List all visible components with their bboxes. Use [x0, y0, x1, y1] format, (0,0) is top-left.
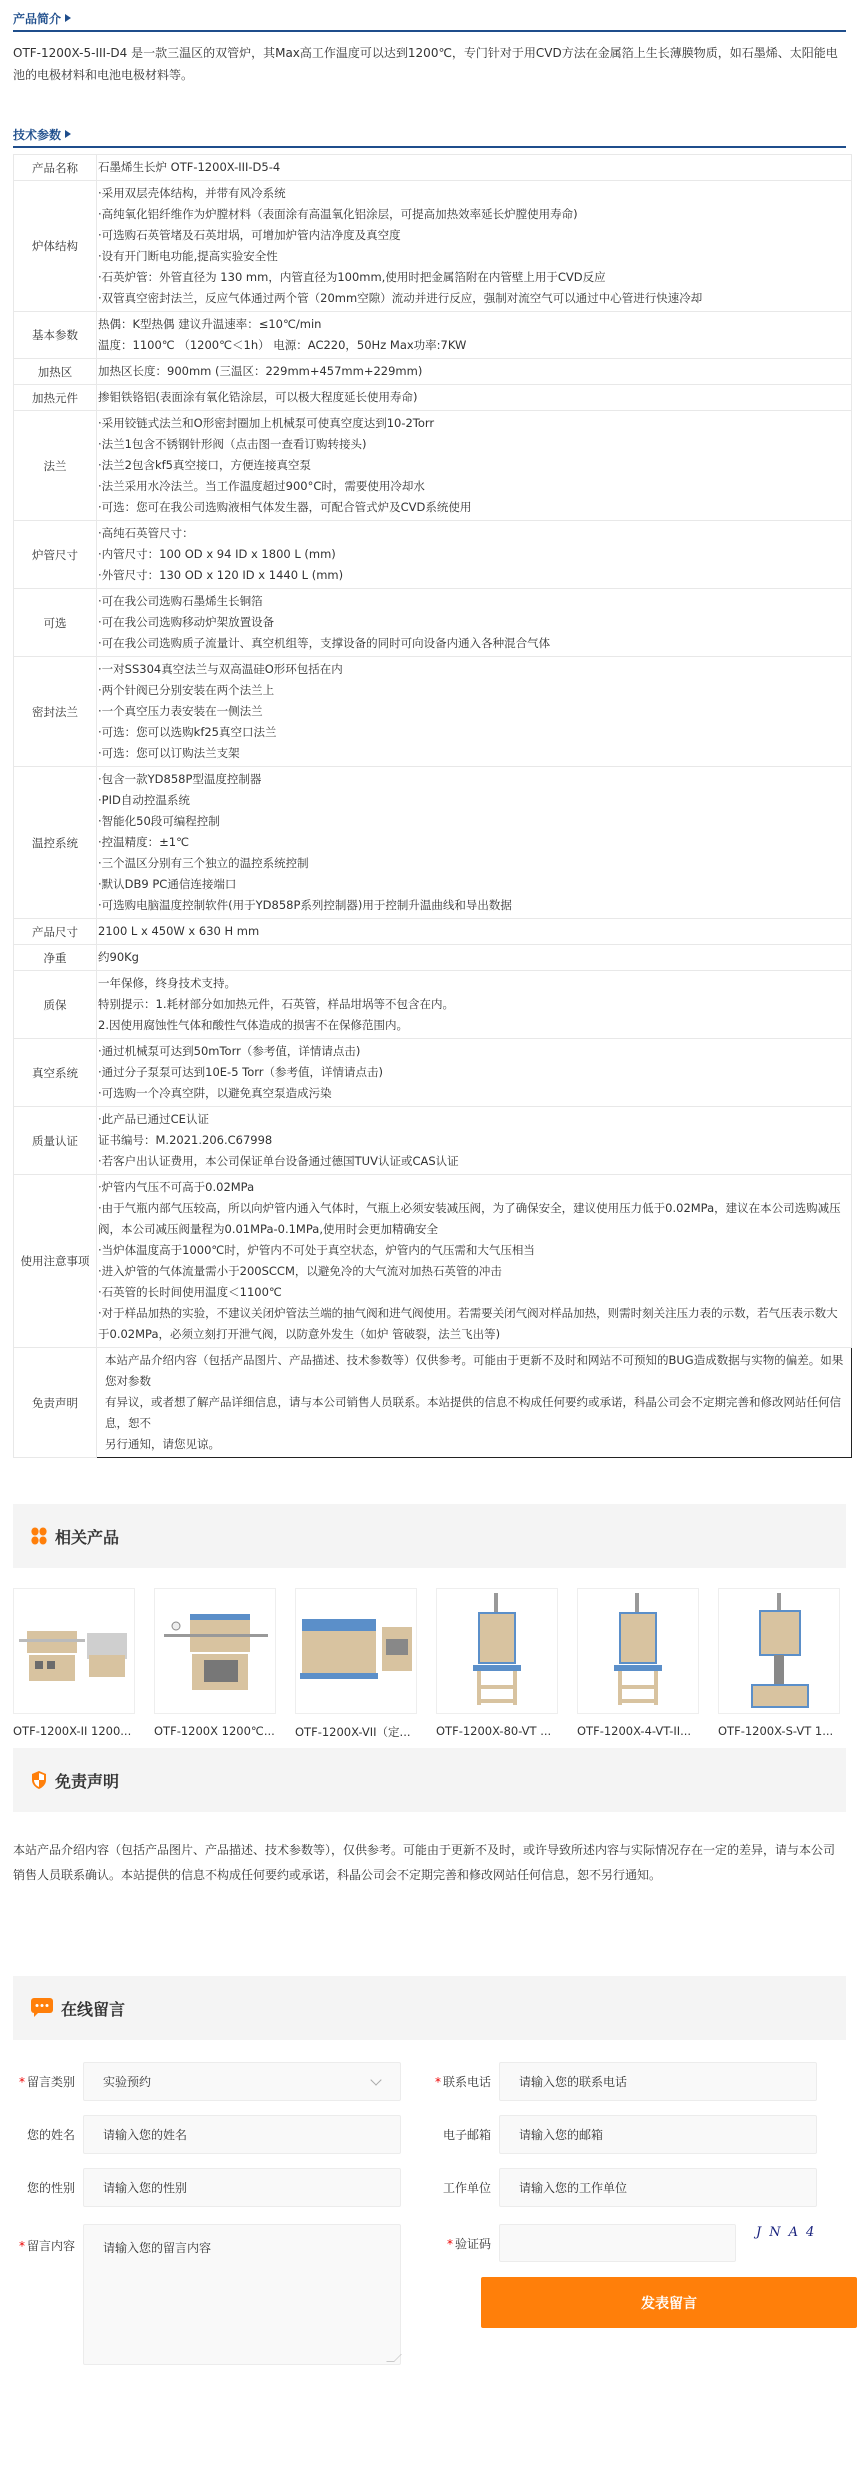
related-products-heading: 相关产品: [55, 1525, 119, 1548]
spec-line: ·一个真空压力表安装在一侧法兰: [98, 701, 847, 722]
spec-key: 加热元件: [14, 385, 97, 411]
message-header: 在线留言: [13, 1976, 846, 2040]
company-placeholder: 请输入您的工作单位: [519, 2179, 627, 2196]
spec-line: ·高纯石英管尺寸：: [98, 523, 847, 544]
spec-line: ·内管尺寸：100 OD x 94 ID x 1800 L (mm): [98, 544, 847, 565]
spec-line: ·控温精度：±1℃: [98, 832, 847, 853]
disclaimer-heading: 免责声明: [55, 1769, 119, 1792]
spec-line: ·对于样品加热的实验，不建议关闭炉管法兰端的抽气阀和进气阀使用。若需要关闭气阀对…: [98, 1303, 847, 1345]
spec-row: 质保一年保修，终身技术支持。特别提示：1.耗材部分如加热元件，石英管，样品坩埚等…: [14, 971, 852, 1039]
product-caption[interactable]: OTF-1200X-VII（定...: [295, 1724, 425, 1740]
spec-line: ·双管真空密封法兰，反应气体通过两个管（20mm空隙）流动并进行反应，强制对流空…: [98, 288, 847, 309]
spec-line: ·进入炉管的气体流量需小于200SCCM，以避免冷的大气流对加热石英管的冲击: [98, 1261, 847, 1282]
product-thumbnail[interactable]: [13, 1588, 135, 1714]
spec-line: ·法兰1包含不锈钢针形阀（点击图一查看订购转接头): [98, 434, 847, 455]
related-product-card[interactable]: OTF-1200X-4-VT-II...: [577, 1588, 718, 1748]
spec-key: 加热区: [14, 359, 97, 385]
spec-line: ·采用铰链式法兰和O形密封圈加上机械泵可使真空度达到10-2Torr: [98, 413, 847, 434]
phone-placeholder: 请输入您的联系电话: [519, 2073, 627, 2090]
spec-value: ·通过机械泵可达到50mTorr（参考值，详情请点击)·通过分子泵泵可达到10E…: [97, 1039, 852, 1107]
spec-value: 热偶：K型热偶 建议升温速率：≤10℃/min温度：1100℃ （1200℃＜1…: [97, 312, 852, 359]
spec-row: 产品尺寸2100 L x 450W x 630 H mm: [14, 919, 852, 945]
spec-line: 热偶：K型热偶 建议升温速率：≤10℃/min: [98, 314, 847, 335]
chevron-down-icon: [370, 2074, 381, 2085]
spec-row: 炉体结构·采用双层壳体结构，并带有风冷系统·高纯氧化铝纤维作为炉膛材料（表面涂有…: [14, 181, 852, 312]
company-input[interactable]: 请输入您的工作单位: [499, 2168, 817, 2207]
spec-row: 产品名称石墨烯生长炉 OTF-1200X-III-D5-4: [14, 155, 852, 181]
disclaimer-text: 本站产品介绍内容（包括产品图片、产品描述、技术参数等），仅供参考。可能由于更新不…: [13, 1812, 846, 1976]
spec-key: 炉体结构: [14, 181, 97, 312]
spec-row: 法兰·采用铰链式法兰和O形密封圈加上机械泵可使真空度达到10-2Torr·法兰1…: [14, 411, 852, 521]
spec-key: 基本参数: [14, 312, 97, 359]
spec-line: 证书编号：M.2021.206.C67998: [98, 1130, 847, 1151]
spec-line: ·PID自动控温系统: [98, 790, 847, 811]
product-thumbnail[interactable]: [154, 1588, 276, 1714]
spec-line: ·法兰采用水冷法兰。当工作温度超过900°C时，需要使用冷却水: [98, 476, 847, 497]
spec-key: 产品尺寸: [14, 919, 97, 945]
gender-row: 您的性别 请输入您的性别: [13, 2168, 401, 2207]
spec-line: ·一对SS304真空法兰与双高温硅O形环包括在内: [98, 659, 847, 680]
spec-line: ·智能化50段可编程控制: [98, 811, 847, 832]
related-products-list: OTF-1200X-II 1200... OTF-1200X 1200℃... …: [13, 1588, 846, 1748]
spec-key: 可选: [14, 589, 97, 657]
spec-line: 2100 L x 450W x 630 H mm: [98, 921, 847, 942]
spec-value: ·炉管内气压不可高于0.02MPa·由于气瓶内部气压较高，所以向炉管内通入气体时…: [97, 1175, 852, 1348]
spec-line: ·此产品已通过CE认证: [98, 1109, 847, 1130]
spec-line: 有异议，或者想了解产品详细信息，请与本公司销售人员联系。本站提供的信息不构成任何…: [105, 1392, 847, 1434]
spec-line: 温度：1100℃ （1200℃＜1h） 电源：AC220，50Hz Max功率:…: [98, 335, 847, 356]
spec-value: 加热区长度：900mm (三温区：229mm+457mm+229mm): [97, 359, 852, 385]
email-row: 电子邮箱 请输入您的邮箱: [429, 2115, 817, 2154]
product-caption[interactable]: OTF-1200X-S-VT 1...: [718, 1724, 848, 1738]
spec-line: 加热区长度：900mm (三温区：229mm+457mm+229mm): [98, 361, 847, 382]
spec-line: ·石英管的长时间使用温度＜1100℃: [98, 1282, 847, 1303]
spec-line: 石墨烯生长炉 OTF-1200X-III-D5-4: [98, 157, 847, 178]
spec-line: 约90Kg: [98, 947, 847, 968]
spec-row: 免责声明本站产品介绍内容（包括产品图片、产品描述、技术参数等）仅供参考。可能由于…: [14, 1348, 852, 1458]
spec-row: 基本参数热偶：K型热偶 建议升温速率：≤10℃/min温度：1100℃ （120…: [14, 312, 852, 359]
spec-line: ·法兰2包含kf5真空接口，方便连接真空泵: [98, 455, 847, 476]
related-product-card[interactable]: OTF-1200X-S-VT 1...: [718, 1588, 859, 1748]
spec-value: ·可在我公司选购石墨烯生长铜箔·可在我公司选购移动炉架放置设备·可在我公司选购质…: [97, 589, 852, 657]
content-label: *留言内容: [13, 2237, 75, 2254]
spec-line: 2.因使用腐蚀性气体和酸性气体造成的损害不在保修范围内。: [98, 1015, 847, 1036]
gender-input[interactable]: 请输入您的性别: [83, 2168, 401, 2207]
captcha-image[interactable]: JNA4: [756, 2225, 822, 2240]
intro-section-header: 产品简介: [13, 0, 846, 32]
category-select[interactable]: 实验预约: [83, 2062, 401, 2101]
spec-value: 掺钼铁铬铝(表面涂有氧化锆涂层，可以极大程度延长使用寿命): [97, 385, 852, 411]
resize-handle-icon[interactable]: [386, 2354, 402, 2362]
related-products-header: 相关产品: [13, 1504, 846, 1568]
clover-icon: [31, 1527, 47, 1545]
spec-value: ·采用双层壳体结构，并带有风冷系统·高纯氧化铝纤维作为炉膛材料（表面涂有高温氧化…: [97, 181, 852, 312]
spec-value: 2100 L x 450W x 630 H mm: [97, 919, 852, 945]
spec-key: 质保: [14, 971, 97, 1039]
related-product-card[interactable]: OTF-1200X-VII（定...: [295, 1588, 436, 1748]
spec-line: ·当炉体温度高于1000℃时，炉管内不可处于真空状态，炉管内的气压需和大气压相当: [98, 1240, 847, 1261]
spec-line: ·高纯氧化铝纤维作为炉膛材料（表面涂有高温氧化铝涂层，可提高加热效率延长炉膛使用…: [98, 204, 847, 225]
product-caption[interactable]: OTF-1200X-4-VT-II...: [577, 1724, 707, 1738]
spec-value: ·一对SS304真空法兰与双高温硅O形环包括在内·两个针阀已分别安装在两个法兰上…: [97, 657, 852, 767]
spec-line: ·通过分子泵泵可达到10E-5 Torr（参考值，详情请点击): [98, 1062, 847, 1083]
spec-value: ·采用铰链式法兰和O形密封圈加上机械泵可使真空度达到10-2Torr·法兰1包含…: [97, 411, 852, 521]
submit-message-button[interactable]: 发表留言: [481, 2277, 857, 2328]
spec-line: ·可选购一个冷真空阱，以避免真空泵造成污染: [98, 1083, 847, 1104]
name-placeholder: 请输入您的姓名: [103, 2126, 187, 2143]
product-thumbnail[interactable]: [577, 1588, 699, 1714]
spec-line: ·通过机械泵可达到50mTorr（参考值，详情请点击): [98, 1041, 847, 1062]
spec-line: ·采用双层壳体结构，并带有风冷系统: [98, 183, 847, 204]
triangle-right-icon: [65, 14, 71, 22]
spec-line: ·设有开门断电功能,提高实验安全性: [98, 246, 847, 267]
spec-row: 密封法兰·一对SS304真空法兰与双高温硅O形环包括在内·两个针阀已分别安装在两…: [14, 657, 852, 767]
spec-line: ·可在我公司选购石墨烯生长铜箔: [98, 591, 847, 612]
product-thumbnail[interactable]: [718, 1588, 840, 1714]
spec-row: 温控系统·包含一款YD858P型温度控制器·PID自动控温系统·智能化50段可编…: [14, 767, 852, 919]
specs-table: 产品名称石墨烯生长炉 OTF-1200X-III-D5-4炉体结构·采用双层壳体…: [13, 154, 852, 1458]
spec-line: ·可在我公司选购质子流量计、真空机组等，支撑设备的同时可向设备内通入各种混合气体: [98, 633, 847, 654]
phone-row: *联系电话 请输入您的联系电话: [429, 2062, 817, 2101]
spec-value: ·包含一款YD858P型温度控制器·PID自动控温系统·智能化50段可编程控制·…: [97, 767, 852, 919]
spec-line: ·两个针阀已分别安装在两个法兰上: [98, 680, 847, 701]
phone-label: *联系电话: [429, 2073, 491, 2090]
spec-line: 特别提示：1.耗材部分如加热元件，石英管，样品坩埚等不包含在内。: [98, 994, 847, 1015]
spec-value: 一年保修，终身技术支持。特别提示：1.耗材部分如加热元件，石英管，样品坩埚等不包…: [97, 971, 852, 1039]
category-value: 实验预约: [103, 2073, 151, 2090]
spec-line: ·包含一款YD858P型温度控制器: [98, 769, 847, 790]
email-input[interactable]: 请输入您的邮箱: [499, 2115, 817, 2154]
spec-line: ·可选购石英管堵及石英坩埚，可增加炉管内洁净度及真空度: [98, 225, 847, 246]
company-label: 工作单位: [429, 2179, 491, 2196]
spec-row: 可选·可在我公司选购石墨烯生长铜箔·可在我公司选购移动炉架放置设备·可在我公司选…: [14, 589, 852, 657]
content-textarea[interactable]: 请输入您的留言内容: [83, 2224, 401, 2365]
spec-line: ·可选：您可在我公司选购液相气体发生器，可配合管式炉及CVD系统使用: [98, 497, 847, 518]
product-caption[interactable]: OTF-1200X-80-VT ...: [436, 1724, 566, 1738]
spec-value: 石墨烯生长炉 OTF-1200X-III-D5-4: [97, 155, 852, 181]
spec-key: 法兰: [14, 411, 97, 521]
captcha-row: *验证码 JNA4: [429, 2224, 822, 2262]
spec-key: 免责声明: [14, 1348, 97, 1458]
product-caption[interactable]: OTF-1200X 1200℃...: [154, 1724, 284, 1738]
spec-line: 掺钼铁铬铝(表面涂有氧化锆涂层，可以极大程度延长使用寿命): [98, 387, 847, 408]
related-product-card[interactable]: OTF-1200X 1200℃...: [154, 1588, 295, 1748]
spec-line: 一年保修，终身技术支持。: [98, 973, 847, 994]
gender-label: 您的性别: [13, 2179, 75, 2196]
spec-line: 本站产品介绍内容（包括产品图片、产品描述、技术参数等）仅供参考。可能由于更新不及…: [105, 1350, 847, 1392]
content-placeholder: 请输入您的留言内容: [103, 2239, 211, 2256]
spec-key: 真空系统: [14, 1039, 97, 1107]
spec-row: 炉管尺寸·高纯石英管尺寸：·内管尺寸：100 OD x 94 ID x 1800…: [14, 521, 852, 589]
spec-value: 约90Kg: [97, 945, 852, 971]
gender-placeholder: 请输入您的性别: [103, 2179, 187, 2196]
spec-line: ·可选：您可以选购kf25真空口法兰: [98, 722, 847, 743]
spec-key: 炉管尺寸: [14, 521, 97, 589]
spec-line: ·可在我公司选购移动炉架放置设备: [98, 612, 847, 633]
name-label: 您的姓名: [13, 2126, 75, 2143]
specs-section-header: 技术参数: [13, 116, 846, 148]
shield-icon: [31, 1771, 47, 1789]
spec-line: 另行通知，请您见谅。: [105, 1434, 847, 1455]
captcha-input[interactable]: [499, 2224, 736, 2262]
spec-key: 密封法兰: [14, 657, 97, 767]
category-label: *留言类别: [13, 2073, 75, 2090]
spec-row: 加热元件掺钼铁铬铝(表面涂有氧化锆涂层，可以极大程度延长使用寿命): [14, 385, 852, 411]
email-placeholder: 请输入您的邮箱: [519, 2126, 603, 2143]
spec-row: 使用注意事项·炉管内气压不可高于0.02MPa·由于气瓶内部气压较高，所以向炉管…: [14, 1175, 852, 1348]
name-row: 您的姓名 请输入您的姓名: [13, 2115, 401, 2154]
spec-line: ·由于气瓶内部气压较高，所以向炉管内通入气体时，气瓶上必须安装减压阀，为了确保安…: [98, 1198, 847, 1240]
captcha-label: *验证码: [429, 2235, 491, 2252]
product-thumbnail[interactable]: [295, 1588, 417, 1714]
message-form: *留言类别 实验预约 您的姓名 请输入您的姓名 您的性别 请输入您的性别 *留言…: [13, 2040, 846, 2480]
spec-key: 产品名称: [14, 155, 97, 181]
content-row: *留言内容 请输入您的留言内容: [13, 2224, 401, 2365]
spec-key: 质量认证: [14, 1107, 97, 1175]
spec-line: ·可选：您可以订购法兰支架: [98, 743, 847, 764]
product-detail-page: 产品简介 OTF-1200X-5-III-D4 是一款三温区的双管炉，其Max高…: [0, 0, 859, 2480]
spec-line: ·若客户出认证费用，本公司保证单台设备通过德国TUV认证或CAS认证: [98, 1151, 847, 1172]
spec-line: ·外管尺寸：130 OD x 120 ID x 1440 L (mm): [98, 565, 847, 586]
intro-text: OTF-1200X-5-III-D4 是一款三温区的双管炉，其Max高工作温度可…: [13, 32, 846, 116]
spec-value: 本站产品介绍内容（包括产品图片、产品描述、技术参数等）仅供参考。可能由于更新不及…: [97, 1348, 852, 1458]
company-row: 工作单位 请输入您的工作单位: [429, 2168, 817, 2207]
spec-key: 温控系统: [14, 767, 97, 919]
intro-heading: 产品简介: [13, 10, 61, 27]
spec-row: 质量认证·此产品已通过CE认证 证书编号：M.2021.206.C67998·若…: [14, 1107, 852, 1175]
spec-key: 净重: [14, 945, 97, 971]
chat-bubble-icon: [31, 1998, 53, 2018]
triangle-right-icon: [65, 130, 71, 138]
message-heading: 在线留言: [61, 1997, 125, 2020]
email-label: 电子邮箱: [429, 2126, 491, 2143]
spec-line: ·默认DB9 PC通信连接端口: [98, 874, 847, 895]
product-thumbnail[interactable]: [436, 1588, 558, 1714]
related-product-card[interactable]: OTF-1200X-80-VT ...: [436, 1588, 577, 1748]
spec-value: ·此产品已通过CE认证 证书编号：M.2021.206.C67998·若客户出认…: [97, 1107, 852, 1175]
related-product-card[interactable]: OTF-1200X-II 1200...: [13, 1588, 154, 1748]
phone-input[interactable]: 请输入您的联系电话: [499, 2062, 817, 2101]
product-caption[interactable]: OTF-1200X-II 1200...: [13, 1724, 143, 1738]
spec-row: 加热区加热区长度：900mm (三温区：229mm+457mm+229mm): [14, 359, 852, 385]
spec-line: ·炉管内气压不可高于0.02MPa: [98, 1177, 847, 1198]
name-input[interactable]: 请输入您的姓名: [83, 2115, 401, 2154]
disclaimer-header: 免责声明: [13, 1748, 846, 1812]
spec-key: 使用注意事项: [14, 1175, 97, 1348]
spec-row: 真空系统·通过机械泵可达到50mTorr（参考值，详情请点击)·通过分子泵泵可达…: [14, 1039, 852, 1107]
spec-line: ·三个温区分别有三个独立的温控系统控制: [98, 853, 847, 874]
spec-row: 净重约90Kg: [14, 945, 852, 971]
spec-line: ·石英炉管：外管直径为 130 mm，内管直径为100mm,使用时把金属箔附在内…: [98, 267, 847, 288]
specs-heading: 技术参数: [13, 126, 61, 143]
category-row: *留言类别 实验预约: [13, 2062, 401, 2101]
spec-line: ·可选购电脑温度控制软件(用于YD858P系列控制器)用于控制升温曲线和导出数据: [98, 895, 847, 916]
spec-value: ·高纯石英管尺寸：·内管尺寸：100 OD x 94 ID x 1800 L (…: [97, 521, 852, 589]
